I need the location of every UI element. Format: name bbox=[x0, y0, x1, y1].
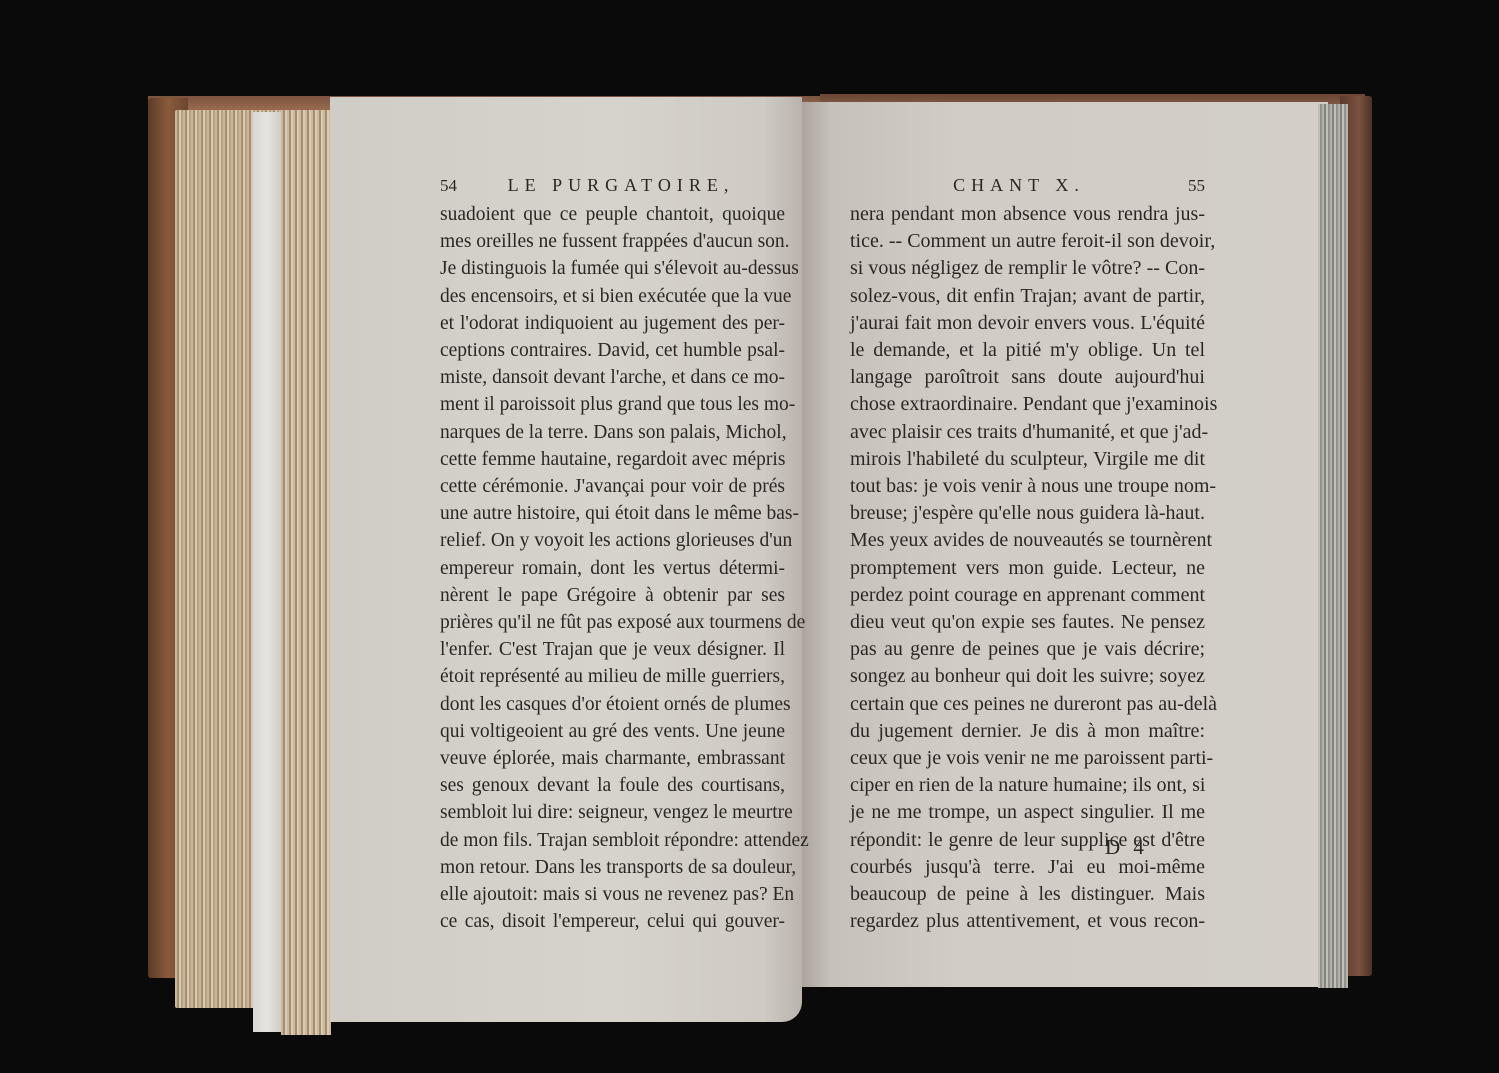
text-line: le demande, et la pitié m'y oblige. Un t… bbox=[850, 337, 1205, 364]
left-body-lines: suadoient que ce peuple chantoit, quoiqu… bbox=[440, 201, 785, 935]
text-line: Mes yeux avides de nouveautés se tournèr… bbox=[850, 527, 1205, 554]
text-line: j'aurai fait mon devoir envers vous. L'é… bbox=[850, 310, 1205, 337]
text-line: si vous négligez de remplir le vôtre? --… bbox=[850, 255, 1205, 282]
text-line: songez au bonheur qui doit les suivre; s… bbox=[850, 663, 1205, 690]
text-line: elle ajoutoit: mais si vous ne revenez p… bbox=[440, 881, 785, 908]
text-line: tice. -- Comment un autre feroit-il son … bbox=[850, 228, 1205, 255]
text-line: ses genoux devant la foule des courtisan… bbox=[440, 772, 785, 799]
text-line: promptement vers mon guide. Lecteur, ne bbox=[850, 555, 1205, 582]
text-line: regardez plus attentivement, et vous rec… bbox=[850, 908, 1205, 935]
left-flyleaf-edge bbox=[253, 112, 281, 1032]
signature-mark: D 4 bbox=[1105, 835, 1148, 860]
text-line: mes oreilles ne fussent frappées d'aucun… bbox=[440, 228, 785, 255]
text-line: sembloit lui dire: seigneur, vengez le m… bbox=[440, 799, 785, 826]
text-line: répondit: le genre de leur supplice est … bbox=[850, 827, 1205, 854]
open-book: 54 LE PURGATOIRE, suadoient que ce peupl… bbox=[0, 0, 1499, 1073]
page-number-left: 54 bbox=[440, 176, 457, 196]
right-running-head: CHANT X. 55 bbox=[850, 175, 1205, 201]
text-line: breuse; j'espère qu'elle nous guidera là… bbox=[850, 500, 1205, 527]
right-body-lines: nera pendant mon absence vous rendra jus… bbox=[850, 201, 1205, 935]
text-line: Je distinguois la fumée qui s'élevoit au… bbox=[440, 255, 785, 282]
text-line: chose extraordinaire. Pendant que j'exam… bbox=[850, 391, 1205, 418]
text-line: ceptions contraires. David, cet humble p… bbox=[440, 337, 785, 364]
text-line: cette cérémonie. J'avançai pour voir de … bbox=[440, 473, 785, 500]
text-line: ce cas, disoit l'empereur, celui qui gou… bbox=[440, 908, 785, 935]
text-line: étoit représenté au milieu de mille guer… bbox=[440, 663, 785, 690]
text-line: narques de la terre. Dans son palais, Mi… bbox=[440, 419, 785, 446]
text-line: je ne me trompe, un aspect singulier. Il… bbox=[850, 799, 1205, 826]
text-line: prières qu'il ne fût pas exposé aux tour… bbox=[440, 609, 785, 636]
text-line: veuve éplorée, mais charmante, embrassan… bbox=[440, 745, 785, 772]
text-line: l'enfer. C'est Trajan que je veux désign… bbox=[440, 636, 785, 663]
left-page-stack-inner bbox=[281, 110, 331, 1035]
text-line: ceux que je vois venir ne me paroissent … bbox=[850, 745, 1205, 772]
text-line: ment il paroissoit plus grand que tous l… bbox=[440, 391, 785, 418]
text-line: mirois l'habileté du sculpteur, Virgile … bbox=[850, 446, 1205, 473]
text-line: beaucoup de peine à les distinguer. Mais bbox=[850, 881, 1205, 908]
text-line: qui voltigeoient au gré des vents. Une j… bbox=[440, 718, 785, 745]
text-line: cette femme hautaine, regardoit avec mép… bbox=[440, 446, 785, 473]
right-page-stack-edge bbox=[1318, 104, 1348, 988]
right-header-title: CHANT X. bbox=[850, 175, 1188, 196]
text-line: ciper en rien de la nature humaine; ils … bbox=[850, 772, 1205, 799]
text-line: solez-vous, dit enfin Trajan; avant de p… bbox=[850, 283, 1205, 310]
text-line: dieu veut qu'on expie ses fautes. Ne pen… bbox=[850, 609, 1205, 636]
right-page-text: CHANT X. 55 nera pendant mon absence vou… bbox=[850, 175, 1205, 935]
text-line: mon retour. Dans les transports de sa do… bbox=[440, 854, 785, 881]
text-line: une autre histoire, qui étoit dans le mê… bbox=[440, 500, 785, 527]
text-line: dont les casques d'or étoient ornés de p… bbox=[440, 691, 785, 718]
text-line: de mon fils. Trajan sembloit répondre: a… bbox=[440, 827, 785, 854]
left-running-head: 54 LE PURGATOIRE, bbox=[440, 175, 785, 201]
text-line: nera pendant mon absence vous rendra jus… bbox=[850, 201, 1205, 228]
text-line: avec plaisir ces traits d'humanité, et q… bbox=[850, 419, 1205, 446]
text-line: nèrent le pape Grégoire à obtenir par se… bbox=[440, 582, 785, 609]
text-line: perdez point courage en apprenant commen… bbox=[850, 582, 1205, 609]
text-line: certain que ces peines ne dureront pas a… bbox=[850, 691, 1205, 718]
text-line: miste, dansoit devant l'arche, et dans c… bbox=[440, 364, 785, 391]
text-line: suadoient que ce peuple chantoit, quoiqu… bbox=[440, 201, 785, 228]
text-line: du jugement dernier. Je dis à mon maître… bbox=[850, 718, 1205, 745]
text-line: des encensoirs, et si bien exécutée que … bbox=[440, 283, 785, 310]
page-number-right: 55 bbox=[1188, 176, 1205, 196]
text-line: relief. On y voyoit les actions glorieus… bbox=[440, 527, 785, 554]
text-line: pas au genre de peines que je vais décri… bbox=[850, 636, 1205, 663]
left-page-text: 54 LE PURGATOIRE, suadoient que ce peupl… bbox=[440, 175, 785, 935]
text-line: et l'odorat indiquoient au jugement des … bbox=[440, 310, 785, 337]
text-line: courbés jusqu'à terre. J'ai eu moi-même bbox=[850, 854, 1205, 881]
text-line: empereur romain, dont les vertus détermi… bbox=[440, 555, 785, 582]
text-line: tout bas: je vois venir à nous une troup… bbox=[850, 473, 1205, 500]
left-header-title: LE PURGATOIRE, bbox=[457, 175, 785, 196]
text-line: langage paroîtroit sans doute aujourd'hu… bbox=[850, 364, 1205, 391]
